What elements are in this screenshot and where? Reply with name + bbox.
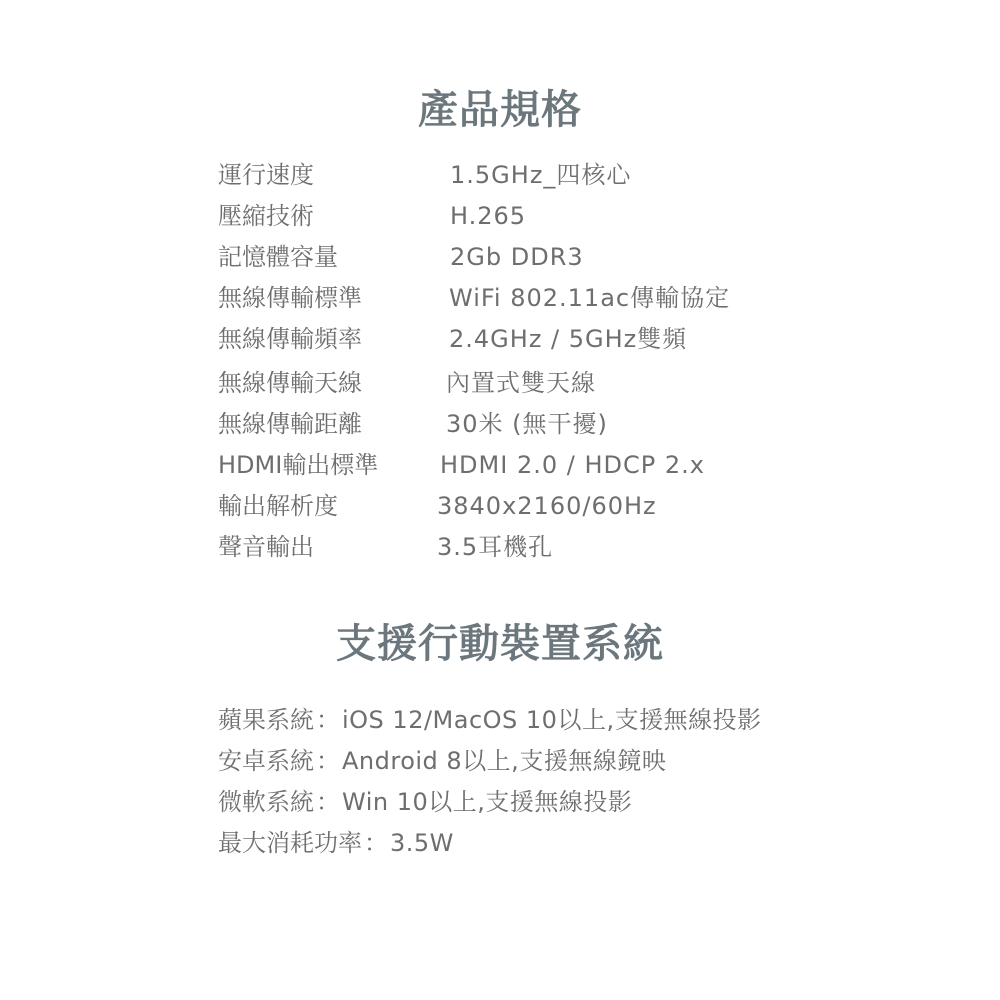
separator: ： — [316, 788, 340, 816]
spec-row-compression: 壓縮技術 H.265 — [218, 201, 818, 231]
support-value: 3.5W — [390, 829, 454, 857]
support-row-windows: 微軟系統：Win 10以上,支援無線投影 — [218, 787, 632, 817]
spec-value: 1.5GHz_四核心 — [450, 160, 631, 190]
spec-label: 聲音輸出 — [218, 532, 314, 562]
spec-row-memory: 記憶體容量 2Gb DDR3 — [218, 242, 818, 272]
spec-value: 3840x2160/60Hz — [437, 491, 657, 521]
spec-label: 無線傳輸頻率 — [218, 324, 362, 354]
support-row-apple: 蘋果系統：iOS 12/MacOS 10以上,支援無線投影 — [218, 705, 762, 735]
separator: ： — [316, 747, 340, 775]
support-value: iOS 12/MacOS 10以上,支援無線投影 — [342, 706, 762, 734]
spec-row-hdmi-standard: HDMI輸出標準 HDMI 2.0 / HDCP 2.x — [218, 450, 818, 480]
support-value: Win 10以上,支援無線投影 — [342, 788, 632, 816]
spec-value: HDMI 2.0 / HDCP 2.x — [440, 450, 705, 480]
specs-section-title: 產品規格 — [0, 78, 1000, 135]
spec-value: H.265 — [450, 201, 526, 231]
spec-value: WiFi 802.11ac傳輸協定 — [449, 283, 730, 313]
support-section-title: 支援行動裝置系統 — [0, 612, 1000, 669]
separator: ： — [316, 706, 340, 734]
support-label: 蘋果系統 — [218, 706, 314, 734]
spec-row-audio-output: 聲音輸出 3.5耳機孔 — [218, 532, 818, 562]
support-label: 最大消耗功率 — [218, 829, 362, 857]
spec-label: 壓縮技術 — [218, 201, 314, 231]
support-label: 安卓系統 — [218, 747, 314, 775]
spec-label: 運行速度 — [218, 160, 314, 190]
spec-value: 2.4GHz / 5GHz雙頻 — [449, 324, 687, 354]
spec-label: 記憶體容量 — [218, 242, 338, 272]
spec-row-wireless-antenna: 無線傳輸天線 內置式雙天線 — [218, 368, 818, 398]
support-label: 微軟系統 — [218, 788, 314, 816]
spec-label: 無線傳輸天線 — [218, 368, 362, 398]
spec-label: 輸出解析度 — [218, 491, 338, 521]
spec-row-wireless-frequency: 無線傳輸頻率 2.4GHz / 5GHz雙頻 — [218, 324, 818, 354]
spec-value: 2Gb DDR3 — [450, 242, 584, 272]
spec-label: 無線傳輸距離 — [218, 409, 362, 439]
spec-value: 3.5耳機孔 — [437, 532, 553, 562]
spec-row-wireless-range: 無線傳輸距離 30米 (無干擾) — [218, 409, 818, 439]
spec-row-output-resolution: 輸出解析度 3840x2160/60Hz — [218, 491, 818, 521]
spec-row-wireless-standard: 無線傳輸標準 WiFi 802.11ac傳輸協定 — [218, 283, 818, 313]
spec-value: 內置式雙天線 — [446, 368, 596, 398]
support-row-android: 安卓系統：Android 8以上,支援無線鏡映 — [218, 746, 666, 776]
support-value: Android 8以上,支援無線鏡映 — [342, 747, 666, 775]
spec-label: 無線傳輸標準 — [218, 283, 362, 313]
spec-value: 30米 (無干擾) — [446, 409, 608, 439]
spec-row-cpu-speed: 運行速度 1.5GHz_四核心 — [218, 160, 818, 190]
spec-label: HDMI輸出標準 — [218, 450, 378, 480]
support-row-max-power: 最大消耗功率：3.5W — [218, 828, 454, 858]
separator: ： — [364, 829, 388, 857]
